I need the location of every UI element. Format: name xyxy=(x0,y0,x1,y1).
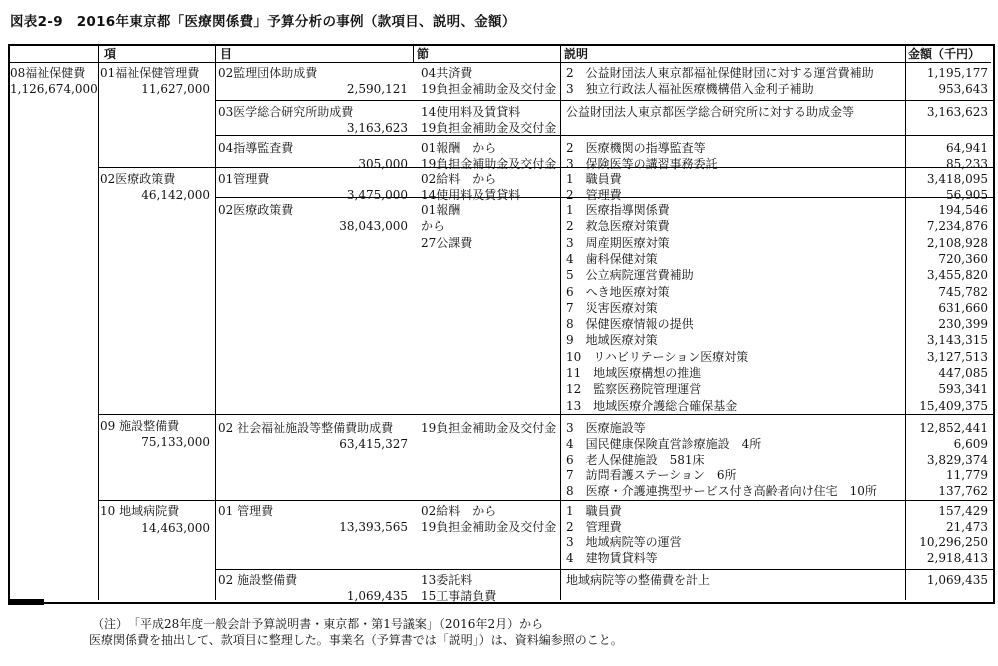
moku-amount-cell xyxy=(216,316,412,332)
section-name: 01福祉保健管理費 xyxy=(100,65,213,81)
moku-name-cell: 01 管理費 xyxy=(216,503,412,519)
desc-cell: 3 独立行政法人福祉医療機構借入金利子補助 xyxy=(560,81,905,97)
setsu-cell: 02給料 から xyxy=(412,171,560,187)
setsu-cell: 01報酬 から xyxy=(412,140,560,156)
moku-amount-cell: 3,475,000 xyxy=(216,187,412,203)
setsu-cell xyxy=(412,398,560,414)
col-header-moku: 目 xyxy=(220,46,232,62)
moku-amount-cell: 3,163,623 xyxy=(216,120,412,136)
amount-cell xyxy=(905,120,993,136)
section-name: 09 施設整備費 xyxy=(100,418,213,434)
setsu-cell: から xyxy=(412,218,560,234)
moku-name-cell: 04指導監査費 xyxy=(216,140,412,156)
table-line: 13 地域医療介護総合確保基金15,409,375 xyxy=(216,398,993,414)
table-line: 10 リハビリテーション医療対策3,127,513 xyxy=(216,349,993,365)
amount-cell: 194,546 xyxy=(905,202,993,218)
table-line: 01 管理費02給料 から1 職員費157,429 xyxy=(216,503,993,519)
setsu-cell xyxy=(412,267,560,283)
table-line: 02医療政策費01報酬1 医療指導関係費194,546 xyxy=(216,202,993,218)
setsu-cell xyxy=(412,452,560,468)
desc-cell: 公益財団法人東京都医学総合研究所に対する助成金等 xyxy=(560,104,905,120)
setsu-cell: 02給料 から xyxy=(412,503,560,519)
table-line: 3,475,00014使用料及賃貸料2 管理費56,905 xyxy=(216,187,993,203)
amount-cell: 631,660 xyxy=(905,300,993,316)
table-line: 8 医療・介護連携型サービス付き高齢者向け住宅 10所137,762 xyxy=(216,483,993,499)
amount-cell: 21,473 xyxy=(905,519,993,535)
setsu-cell: 14使用料及賃貸料 xyxy=(412,104,560,120)
section-name: 02医療政策費 xyxy=(100,171,213,187)
table-line: 305,00019負担金補助金及交付金3 保険医等の講習事務委託85,233 xyxy=(216,156,993,172)
moku-amount-cell xyxy=(216,349,412,365)
table-line: 9 地域医療対策3,143,315 xyxy=(216,332,993,348)
desc-cell: 5 公立病院運営費補助 xyxy=(560,267,905,283)
table-line: 2,590,12119負担金補助金及交付金3 独立行政法人福祉医療機構借入金利子… xyxy=(216,81,993,97)
amount-cell: 720,360 xyxy=(905,251,993,267)
section-amount: 14,463,000 xyxy=(100,520,210,536)
moku-amount-cell xyxy=(216,534,412,550)
table-line: 1,069,43515工事請負費 xyxy=(216,588,993,604)
amount-cell: 1,069,435 xyxy=(905,572,993,588)
setsu-cell xyxy=(412,251,560,267)
moku-name-cell: 03医学総合研究所助成費 xyxy=(216,104,412,120)
amount-cell: 85,233 xyxy=(905,156,993,172)
amount-cell: 1,195,177 xyxy=(905,65,993,81)
desc-cell: 1 職員費 xyxy=(560,171,905,187)
row-line-7 xyxy=(215,569,993,570)
moku-amount-cell: 305,000 xyxy=(216,156,412,172)
col-header-kingaku: 金額（千円） xyxy=(908,46,980,62)
setsu-cell xyxy=(412,436,560,452)
col-header-kou: 項 xyxy=(104,46,116,62)
amount-cell: 56,905 xyxy=(905,187,993,203)
desc-cell: 6 老人保健施設 581床 xyxy=(560,452,905,468)
setsu-cell xyxy=(412,467,560,483)
section-name: 10 地域病院費 xyxy=(100,503,213,519)
desc-cell: 3 周産期医療対策 xyxy=(560,235,905,251)
setsu-cell xyxy=(412,381,560,397)
table-line: 04指導監査費01報酬 から2 医療機関の指導監査等64,941 xyxy=(216,140,993,156)
setsu-cell: 04共済費 xyxy=(412,65,560,81)
desc-cell: 4 国民健康保険直営診療施設 4所 xyxy=(560,436,905,452)
desc-cell: 地域病院等の整備費を計上 xyxy=(560,572,905,588)
amount-cell: 10,296,250 xyxy=(905,534,993,550)
setsu-cell xyxy=(412,316,560,332)
amount-cell: 3,163,623 xyxy=(905,104,993,120)
setsu-cell xyxy=(412,365,560,381)
desc-cell: 3 医療施設等 xyxy=(560,420,905,436)
desc-cell: 3 保険医等の講習事務委託 xyxy=(560,156,905,172)
section-amount: 11,627,000 xyxy=(100,81,210,97)
table-line: 4 歯科保健対策720,360 xyxy=(216,251,993,267)
page: 図表2-9 2016年東京都「医療関係費」予算分析の事例（款項目、説明、金額） … xyxy=(0,0,998,666)
setsu-cell: 19負担金補助金及交付金 xyxy=(412,156,560,172)
amount-cell: 2,108,928 xyxy=(905,235,993,251)
setsu-cell: 19負担金補助金及交付金 xyxy=(412,120,560,136)
moku-amount-cell: 2,590,121 xyxy=(216,81,412,97)
moku-amount-cell xyxy=(216,398,412,414)
col-header-setsumei: 説明 xyxy=(564,46,588,62)
amount-cell: 745,782 xyxy=(905,284,993,300)
moku-amount-cell xyxy=(216,365,412,381)
setsu-cell: 19負担金補助金及交付金 xyxy=(412,519,560,535)
moku-amount-cell xyxy=(216,381,412,397)
table-line: 13,393,56519負担金補助金及交付金2 管理費21,473 xyxy=(216,519,993,535)
setsu-cell: 01報酬 xyxy=(412,202,560,218)
moku-amount-cell xyxy=(216,267,412,283)
col-divider-kan-kou xyxy=(98,46,99,600)
header-bottom-line xyxy=(10,62,991,63)
desc-cell: 3 地域病院等の運営 xyxy=(560,534,905,550)
setsu-cell xyxy=(412,284,560,300)
setsu-cell xyxy=(412,550,560,566)
amount-cell: 11,779 xyxy=(905,467,993,483)
setsu-cell: 19負担金補助金及交付金 xyxy=(412,81,560,97)
footnote-line-2: 医療関係費を抽出して、款項目に整理した。事業名（予算書では「説明」）は、資料編参… xyxy=(89,632,623,648)
table-line: 02 施設整備費13委託料地域病院等の整備費を計上1,069,435 xyxy=(216,572,993,588)
moku-amount-cell xyxy=(216,300,412,316)
table-line: 6 へき地医療対策745,782 xyxy=(216,284,993,300)
setsu-cell: 15工事請負費 xyxy=(412,588,560,604)
section-amount: 46,142,000 xyxy=(100,187,210,203)
amount-cell: 3,127,513 xyxy=(905,349,993,365)
table-line: 63,415,3274 国民健康保険直営診療施設 4所6,609 xyxy=(216,436,993,452)
desc-cell: 8 医療・介護連携型サービス付き高齢者向け住宅 10所 xyxy=(560,483,905,499)
desc-cell: 6 へき地医療対策 xyxy=(560,284,905,300)
table-line: 02 社会福祉施設等整備費助成費19負担金補助金及交付金3 医療施設等12,85… xyxy=(216,420,993,436)
desc-cell: 2 管理費 xyxy=(560,187,905,203)
setsu-cell: 19負担金補助金及交付金 xyxy=(412,420,560,436)
amount-cell: 3,418,095 xyxy=(905,171,993,187)
amount-cell: 3,455,820 xyxy=(905,267,993,283)
moku-amount-cell xyxy=(216,332,412,348)
corner-mark xyxy=(8,599,44,605)
desc-cell: 2 管理費 xyxy=(560,519,905,535)
col-header-setsu: 節 xyxy=(417,46,429,62)
table-line: 3 地域病院等の運営10,296,250 xyxy=(216,534,993,550)
moku-name-cell: 02 社会福祉施設等整備費助成費 xyxy=(216,420,412,436)
moku-amount-cell xyxy=(216,251,412,267)
desc-cell: 1 職員費 xyxy=(560,503,905,519)
amount-cell: 157,429 xyxy=(905,503,993,519)
moku-name-cell: 02医療政策費 xyxy=(216,202,412,218)
desc-cell: 7 災害医療対策 xyxy=(560,300,905,316)
desc-cell: 4 建物賃貸料等 xyxy=(560,550,905,566)
desc-cell: 9 地域医療対策 xyxy=(560,332,905,348)
setsu-cell: 13委託料 xyxy=(412,572,560,588)
setsu-cell: 27公課費 xyxy=(412,235,560,251)
figure-title: 図表2-9 2016年東京都「医療関係費」予算分析の事例（款項目、説明、金額） xyxy=(10,10,516,30)
moku-name-cell: 02 施設整備費 xyxy=(216,572,412,588)
moku-name-cell: 02監理団体助成費 xyxy=(216,65,412,81)
amount-cell xyxy=(905,588,993,604)
section-amount: 75,133,000 xyxy=(100,434,210,450)
moku-amount-cell xyxy=(216,284,412,300)
table-line: 01管理費02給料 から1 職員費3,418,095 xyxy=(216,171,993,187)
amount-cell: 447,085 xyxy=(905,365,993,381)
table-line: 12 監察医務院管理運営593,341 xyxy=(216,381,993,397)
moku-amount-cell xyxy=(216,550,412,566)
table-line: 27公課費3 周産期医療対策2,108,928 xyxy=(216,235,993,251)
kan-amount: 1,126,674,000 xyxy=(10,81,94,97)
table-line: 03医学総合研究所助成費14使用料及賃貸料公益財団法人東京都医学総合研究所に対す… xyxy=(216,104,993,120)
row-line-5 xyxy=(98,414,993,415)
moku-name-cell: 01管理費 xyxy=(216,171,412,187)
table-line: 6 老人保健施設 581床3,829,374 xyxy=(216,452,993,468)
amount-cell: 593,341 xyxy=(905,381,993,397)
moku-amount-cell xyxy=(216,235,412,251)
row-line-6 xyxy=(98,500,993,501)
moku-amount-cell: 63,415,327 xyxy=(216,436,412,452)
desc-cell: 4 歯科保健対策 xyxy=(560,251,905,267)
desc-cell xyxy=(560,588,905,604)
setsu-cell xyxy=(412,534,560,550)
moku-amount-cell: 1,069,435 xyxy=(216,588,412,604)
footnote-line-1: （注） 「平成28年度一般会計予算説明書・東京都・第1号議案」（2016年2月）… xyxy=(92,616,543,632)
table-line: 4 建物賃貸料等2,918,413 xyxy=(216,550,993,566)
amount-cell: 3,143,315 xyxy=(905,332,993,348)
amount-cell: 137,762 xyxy=(905,483,993,499)
desc-cell: 10 リハビリテーション医療対策 xyxy=(560,349,905,365)
row-line-1 xyxy=(215,100,993,101)
desc-cell: 8 保健医療情報の提供 xyxy=(560,316,905,332)
kan-name: 08福祉保健費 xyxy=(10,65,96,81)
table-line: 5 公立病院運営費補助3,455,820 xyxy=(216,267,993,283)
moku-amount-cell xyxy=(216,452,412,468)
desc-cell: 11 地域医療構想の推進 xyxy=(560,365,905,381)
desc-cell xyxy=(560,120,905,136)
table-line: 11 地域医療構想の推進447,085 xyxy=(216,365,993,381)
table-line: 3,163,62319負担金補助金及交付金 xyxy=(216,120,993,136)
moku-amount-cell: 13,393,565 xyxy=(216,519,412,535)
setsu-cell xyxy=(412,332,560,348)
amount-cell: 3,829,374 xyxy=(905,452,993,468)
setsu-cell xyxy=(412,349,560,365)
table-line: 02監理団体助成費04共済費2 公益財団法人東京都福祉保健財団に対する運営費補助… xyxy=(216,65,993,81)
moku-amount-cell xyxy=(216,467,412,483)
amount-cell: 64,941 xyxy=(905,140,993,156)
table-line: 8 保健医療情報の提供230,399 xyxy=(216,316,993,332)
moku-amount-cell xyxy=(216,483,412,499)
amount-cell: 6,609 xyxy=(905,436,993,452)
desc-cell: 2 公益財団法人東京都福祉保健財団に対する運営費補助 xyxy=(560,65,905,81)
amount-cell: 230,399 xyxy=(905,316,993,332)
setsu-cell xyxy=(412,300,560,316)
amount-cell: 2,918,413 xyxy=(905,550,993,566)
desc-cell: 7 訪問看護ステーション 6所 xyxy=(560,467,905,483)
desc-cell: 13 地域医療介護総合確保基金 xyxy=(560,398,905,414)
header-divider-moku-setsu xyxy=(413,46,414,62)
table-line: 7 災害医療対策631,660 xyxy=(216,300,993,316)
desc-cell: 2 救急医療対策費 xyxy=(560,218,905,234)
desc-cell: 2 医療機関の指導監査等 xyxy=(560,140,905,156)
setsu-cell: 14使用料及賃貸料 xyxy=(412,187,560,203)
setsu-cell xyxy=(412,483,560,499)
moku-amount-cell: 38,043,000 xyxy=(216,218,412,234)
table-line: 38,043,000から2 救急医療対策費7,234,876 xyxy=(216,218,993,234)
table-line: 7 訪問看護ステーション 6所11,779 xyxy=(216,467,993,483)
amount-cell: 953,643 xyxy=(905,81,993,97)
amount-cell: 7,234,876 xyxy=(905,218,993,234)
desc-cell: 12 監察医務院管理運営 xyxy=(560,381,905,397)
desc-cell: 1 医療指導関係費 xyxy=(560,202,905,218)
amount-cell: 12,852,441 xyxy=(905,420,993,436)
amount-cell: 15,409,375 xyxy=(905,398,993,414)
